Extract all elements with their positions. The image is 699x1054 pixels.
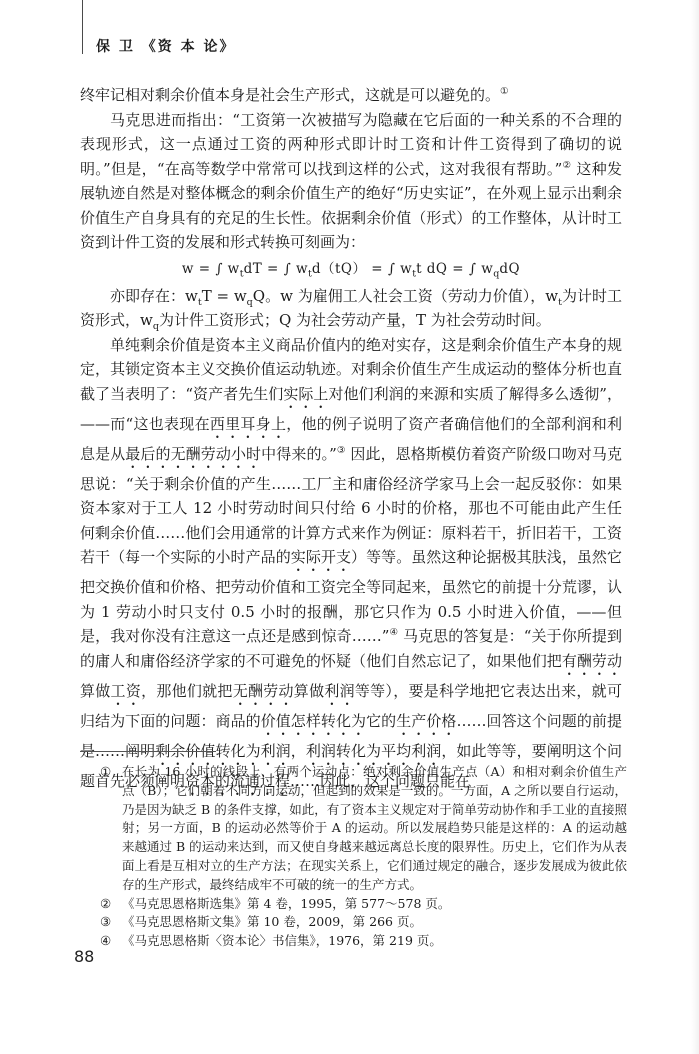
footnote-marker: ① bbox=[100, 763, 111, 782]
text-run: 中得来的。” bbox=[261, 445, 337, 463]
footnote-item: ①在长为 16 小时的线段上，有两个运动点：绝对剩余价值生产点（A）和相对剩余价… bbox=[80, 763, 627, 895]
paragraph: 亦即存在：wtT = wqQ。w 为雇佣工人社会工资（劳动力价值），wt为计时工… bbox=[80, 284, 622, 333]
text-run: 算做 bbox=[80, 682, 111, 700]
emphasized-text: 最后的无酬劳动小时 bbox=[125, 445, 261, 463]
text-run: 终牢记相对剩余价值本身是社会生产形式，这就是可以避免的。 bbox=[80, 86, 500, 104]
page-number: 88 bbox=[74, 947, 94, 966]
footnote-ref: ④ bbox=[389, 627, 398, 638]
footnote-text: 《马克思恩格斯选集》第 4 卷，1995，第 577～578 页。 bbox=[122, 896, 450, 911]
text-run: d（tQ） = ∫ w bbox=[312, 261, 412, 277]
emphasized-text: 有酬劳动 bbox=[562, 652, 622, 670]
paragraph: 马克思进而指出：“工资第一次被描写为隐藏在它后面的一种关系的不合理的表现形式，这… bbox=[80, 108, 622, 255]
paragraph: 终牢记相对剩余价值本身是社会生产形式，这就是可以避免的。① bbox=[80, 83, 622, 108]
text-run: t dQ = ∫ w bbox=[416, 261, 493, 277]
emphasized-text: 实际开支 bbox=[291, 548, 351, 566]
emphasized-text: 西里耳身上 bbox=[210, 415, 286, 433]
footnote-item: ③《马克思恩格斯文集》第 10 卷，2009，第 266 页。 bbox=[80, 913, 627, 932]
footnote-ref: ③ bbox=[337, 445, 346, 456]
wage-formula: w = ∫ wtdT = ∫ wtd（tQ） = ∫ wtt dQ = ∫ wq… bbox=[80, 255, 622, 284]
footnote-ref: ① bbox=[500, 86, 509, 97]
footnote-separator bbox=[80, 751, 216, 752]
footnote-marker: ③ bbox=[100, 913, 111, 932]
footnote-ref: ② bbox=[562, 160, 571, 171]
emphasized-text: 价值怎样转化为 bbox=[261, 712, 366, 730]
paragraph: 单纯剩余价值是资本主义商品价值内的绝对实存，这是剩余价值生产本身的规定，其锁定资… bbox=[80, 333, 622, 799]
text-run: 算做 bbox=[294, 682, 325, 700]
text-run: 亦即存在：w bbox=[110, 287, 198, 305]
body-text: 终牢记相对剩余价值本身是社会生产形式，这就是可以避免的。①马克思进而指出：“工资… bbox=[80, 83, 622, 799]
text-run: 它的 bbox=[366, 712, 396, 730]
emphasized-text: 无酬劳动 bbox=[233, 682, 294, 700]
footnote-section: ①在长为 16 小时的线段上，有两个运动点：绝对剩余价值生产点（A）和相对剩余价… bbox=[80, 751, 627, 951]
footnote-text: 《马克思恩格斯〈资本论〉书信集》，1976，第 219 页。 bbox=[122, 933, 442, 948]
footnote-text: 《马克思恩格斯文集》第 10 卷，2009，第 266 页。 bbox=[122, 914, 422, 929]
text-run: 为计件工资形式；Q 为社会劳动产量，T 为社会劳动时间。 bbox=[159, 311, 551, 329]
text-run: dT = ∫ w bbox=[244, 261, 308, 277]
footnote-item: ②《马克思恩格斯选集》第 4 卷，1995，第 577～578 页。 bbox=[80, 895, 627, 914]
text-run: 马克思进而指出：“工资第一次被描写为隐藏在它后面的一种关系的不合理的表现形式，这… bbox=[80, 111, 622, 178]
footnote-item: ④《马克思恩格斯〈资本论〉书信集》，1976，第 219 页。 bbox=[80, 932, 627, 951]
scan-edge-shade bbox=[691, 0, 699, 1054]
running-head: 保 卫 《资 本 论》 bbox=[96, 36, 236, 56]
text-run: Q。w 为雇佣工人社会工资（劳动力价值），w bbox=[253, 287, 558, 305]
page: 保 卫 《资 本 论》 终牢记相对剩余价值本身是社会生产形式，这就是可以避免的。… bbox=[0, 0, 699, 1054]
header-divider bbox=[82, 0, 83, 54]
footnote-text: 在长为 16 小时的线段上，有两个运动点：绝对剩余价值生产点（A）和相对剩余价值… bbox=[122, 764, 627, 892]
emphasized-text: 生产价格 bbox=[396, 712, 456, 730]
text-run: dQ bbox=[499, 261, 520, 277]
footnote-marker: ② bbox=[100, 895, 111, 914]
text-run: T = w bbox=[202, 287, 247, 305]
text-run: ，那他们就把 bbox=[141, 682, 233, 700]
emphasized-text: 工资 bbox=[111, 682, 142, 700]
footnote-marker: ④ bbox=[100, 932, 111, 951]
text-run: w = ∫ w bbox=[182, 261, 240, 277]
footnote-list: ①在长为 16 小时的线段上，有两个运动点：绝对剩余价值生产点（A）和相对剩余价… bbox=[80, 763, 627, 951]
emphasized-text: 利润 bbox=[324, 682, 355, 700]
emphasized-text: 实际上 bbox=[283, 385, 328, 403]
